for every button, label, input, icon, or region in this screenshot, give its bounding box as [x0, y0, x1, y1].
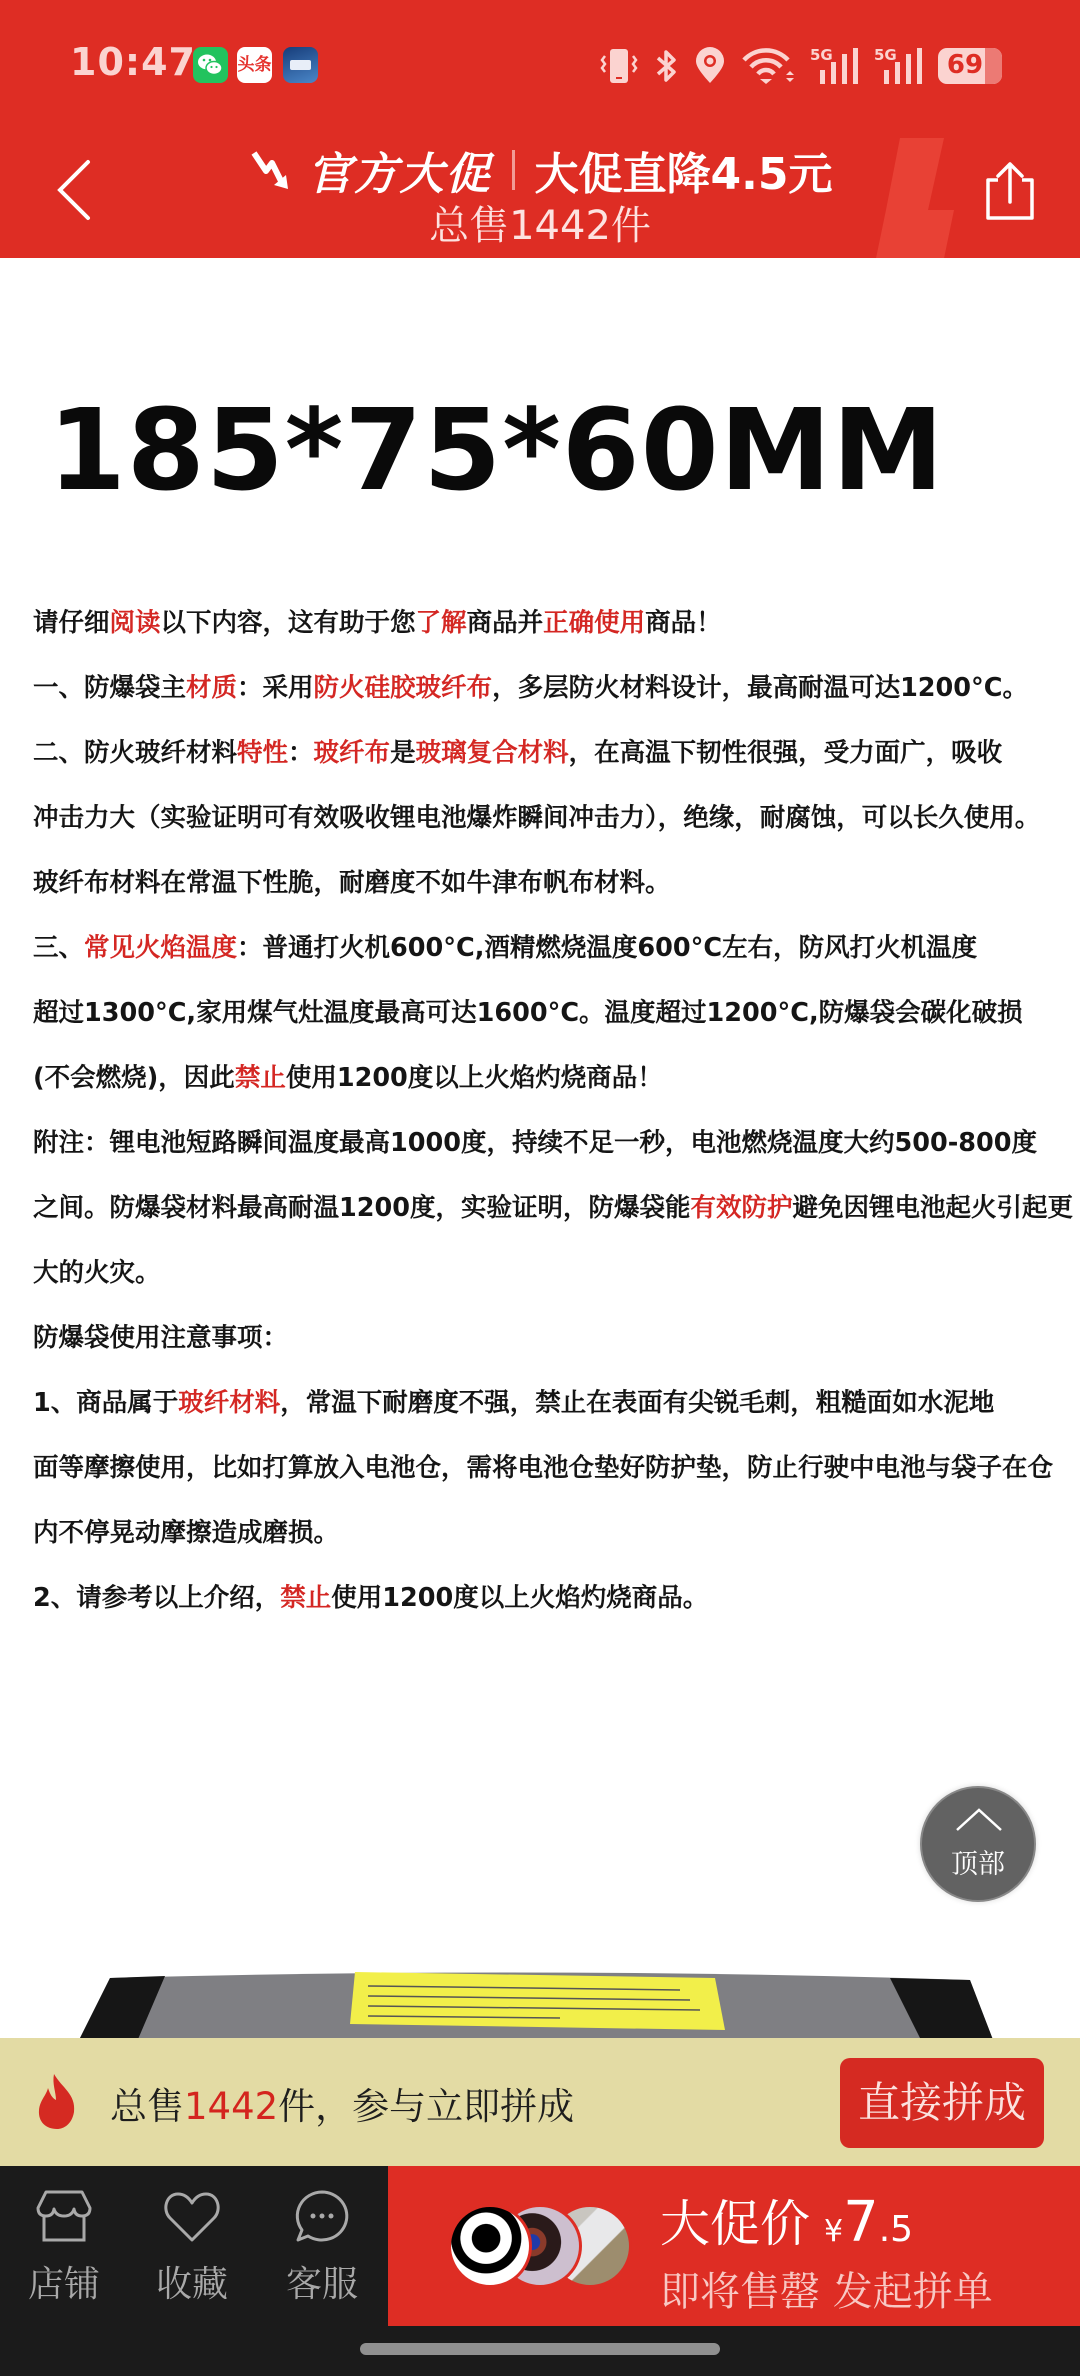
- description-line: 大的火灾。: [33, 1248, 1073, 1313]
- signal-5g-icon: 5G: [810, 46, 858, 86]
- buyer-avatars: [448, 2204, 628, 2288]
- text-segment: ，在高温下韧性很强，受力面广，吸收: [569, 738, 1003, 768]
- toutiao-icon: 头条: [237, 47, 272, 83]
- highlighted-text: 特性: [237, 738, 288, 768]
- description-line: 1、商品属于玻纤材料，常温下耐磨度不强，禁止在表面有尖锐毛刺，粗糙面如水泥地: [33, 1378, 1073, 1443]
- description-line: 三、常见火焰温度：普通打火机600°C,酒精燃烧温度600°C左右，防风打火机温…: [33, 923, 1073, 988]
- highlighted-text: 防火硅胶玻纤布: [314, 673, 493, 703]
- total-sold: 总售1442件: [0, 194, 1080, 251]
- price-integer: 7: [843, 2190, 879, 2255]
- price-decimal: .5: [879, 2209, 913, 2250]
- group-buy-suffix: 件，参与立即拼成: [278, 2085, 574, 2128]
- signal-5g-icon: 5G: [874, 46, 922, 86]
- highlighted-text: 正确使用: [543, 608, 645, 638]
- description-line: 内不停晃动摩擦造成磨损。: [33, 1508, 1073, 1573]
- avatar: [448, 2204, 532, 2288]
- bluetooth-icon: [654, 46, 678, 86]
- system-status-icons: 5G 5G 69: [600, 46, 1002, 86]
- group-buy-bar: 总售1442件，参与立即拼成 直接拼成: [0, 2038, 1080, 2166]
- text-segment: 玻纤布材料在常温下性脆，耐磨度不如牛津布帆布材料。: [33, 868, 671, 898]
- store-icon: [34, 2188, 94, 2244]
- currency-symbol: ¥: [824, 2214, 843, 2249]
- svg-text:5G: 5G: [874, 46, 897, 64]
- group-buy-text: 总售1442件，参与立即拼成: [110, 2076, 574, 2130]
- highlighted-text: 了解: [416, 608, 467, 638]
- flame-icon: [36, 2072, 78, 2130]
- product-description: 185*75*60MM 请仔细阅读以下内容，这有助于您了解商品并正确使用商品！一…: [0, 258, 1080, 2038]
- highlighted-text: 阅读: [110, 608, 161, 638]
- heart-icon: [162, 2188, 222, 2244]
- highlighted-text: 禁止: [280, 1583, 331, 1613]
- text-segment: ：: [288, 738, 314, 768]
- text-segment: 冲击力大（实验证明可有效吸收锂电池爆炸瞬间冲击力），绝缘，耐腐蚀，可以长久使用。: [33, 803, 1040, 833]
- text-segment: ，多层防火材料设计，最高耐温可达1200°C。: [492, 673, 1028, 703]
- promo-price: 大促价¥7.5: [660, 2184, 913, 2256]
- product-detail-screen: 10:47 头条 5G 5G 69 官方大促 大促直降4.5元: [0, 0, 1080, 2376]
- join-group-button[interactable]: 直接拼成: [840, 2058, 1044, 2148]
- nav-store-label: 店铺: [4, 2256, 124, 2307]
- text-segment: 附注：锂电池短路瞬间温度最高1000度，持续不足一秒，电池燃烧温度大约500-8…: [33, 1128, 1037, 1158]
- promo-tag: 官方大促: [308, 138, 492, 202]
- product-dimensions: 185*75*60MM: [48, 386, 945, 516]
- text-segment: 超过1300°C,家用煤气灶温度最高可达1600°C。温度超过1200°C,防爆…: [33, 998, 1023, 1028]
- highlighted-text: 玻纤布: [314, 738, 391, 768]
- text-segment: 避免因锂电池起火引起更: [793, 1193, 1074, 1223]
- text-segment: 使用1200度以上火焰灼烧商品。: [331, 1583, 708, 1613]
- text-segment: 大的火灾。: [33, 1258, 161, 1288]
- text-segment: 三、: [33, 933, 84, 963]
- page-header: 官方大促 大促直降4.5元 总售1442件: [0, 128, 1080, 258]
- promo-banner: 官方大促 大促直降4.5元: [0, 138, 1080, 202]
- description-line: (不会燃烧)，因此禁止使用1200度以上火焰灼烧商品！: [33, 1053, 1073, 1118]
- back-to-top-label: 顶部: [922, 1842, 1034, 1881]
- start-group-label: 发起拼单: [833, 2269, 993, 2315]
- svg-text:5G: 5G: [810, 46, 833, 64]
- wechat-icon: [193, 47, 228, 83]
- text-segment: 以下内容，这有助于您: [161, 608, 416, 638]
- highlighted-text: 玻纤材料: [178, 1388, 280, 1418]
- nav-favorite-label: 收藏: [132, 2256, 252, 2307]
- highlighted-text: 禁止: [235, 1063, 286, 1093]
- bottom-action-bar: 店铺 收藏 客服 大促价¥7.5 即将售罄 发起拼单: [0, 2166, 1080, 2376]
- price-drop-arrow-icon: [248, 145, 296, 195]
- description-line: 二、防火玻纤材料特性：玻纤布是玻璃复合材料，在高温下韧性很强，受力面广，吸收: [33, 728, 1073, 793]
- card-app-icon: [283, 47, 318, 83]
- product-image: [0, 1958, 1080, 2038]
- start-group-order-button[interactable]: 大促价¥7.5 即将售罄 发起拼单: [388, 2166, 1080, 2326]
- nav-store[interactable]: 店铺: [4, 2188, 124, 2328]
- sell-out-soon: 即将售罄: [660, 2269, 820, 2315]
- text-segment: 二、防火玻纤材料: [33, 738, 237, 768]
- highlighted-text: 材质: [186, 673, 237, 703]
- group-buy-prefix: 总售: [110, 2085, 184, 2128]
- divider: [512, 150, 515, 190]
- description-line: 请仔细阅读以下内容，这有助于您了解商品并正确使用商品！: [33, 598, 1073, 663]
- status-bar: 10:47 头条 5G 5G 69: [0, 0, 1080, 128]
- description-text: 请仔细阅读以下内容，这有助于您了解商品并正确使用商品！一、防爆袋主材质：采用防火…: [33, 598, 1073, 1638]
- wifi-icon: [742, 46, 794, 86]
- description-line: 防爆袋使用注意事项：: [33, 1313, 1073, 1378]
- sold-count: 1442: [184, 2085, 278, 2128]
- text-segment: 一、防爆袋主: [33, 673, 186, 703]
- description-line: 超过1300°C,家用煤气灶温度最高可达1600°C。温度超过1200°C,防爆…: [33, 988, 1073, 1053]
- text-segment: ：普通打火机600°C,酒精燃烧温度600°C左右，防风打火机温度: [237, 933, 977, 963]
- back-to-top-button[interactable]: 顶部: [920, 1786, 1036, 1902]
- buy-subtitle: 即将售罄 发起拼单: [660, 2260, 993, 2317]
- status-time: 10:47: [70, 40, 196, 84]
- text-segment: 之间。防爆袋材料最高耐温1200度，实验证明，防爆袋能: [33, 1193, 690, 1223]
- nav-favorite[interactable]: 收藏: [132, 2188, 252, 2328]
- text-segment: 1、商品属于: [33, 1388, 178, 1418]
- nav-customer-service-label: 客服: [262, 2256, 382, 2307]
- text-segment: ：采用: [237, 673, 314, 703]
- text-segment: 请仔细: [33, 608, 110, 638]
- text-segment: 商品！: [645, 608, 722, 638]
- highlighted-text: 玻璃复合材料: [416, 738, 569, 768]
- description-line: 冲击力大（实验证明可有效吸收锂电池爆炸瞬间冲击力），绝缘，耐腐蚀，可以长久使用。: [33, 793, 1073, 858]
- chat-icon: [292, 2188, 352, 2244]
- battery-level: 69: [938, 50, 992, 80]
- description-line: 玻纤布材料在常温下性脆，耐磨度不如牛津布帆布材料。: [33, 858, 1073, 923]
- text-segment: 商品并: [467, 608, 544, 638]
- text-segment: 内不停晃动摩擦造成磨损。: [33, 1518, 339, 1548]
- share-icon[interactable]: [980, 158, 1040, 228]
- description-line: 2、请参考以上介绍，禁止使用1200度以上火焰灼烧商品。: [33, 1573, 1073, 1638]
- nav-customer-service[interactable]: 客服: [262, 2188, 382, 2328]
- text-segment: 是: [390, 738, 416, 768]
- battery-icon: 69: [938, 48, 1002, 84]
- promo-text: 大促直降4.5元: [535, 138, 833, 202]
- text-segment: ，常温下耐磨度不强，禁止在表面有尖锐毛刺，粗糙面如水泥地: [280, 1388, 994, 1418]
- vibrate-icon: [600, 46, 638, 86]
- highlighted-text: 常见火焰温度: [84, 933, 237, 963]
- text-segment: 使用1200度以上火焰灼烧商品！: [286, 1063, 663, 1093]
- price-label: 大促价: [660, 2195, 810, 2253]
- text-segment: (不会燃烧)，因此: [33, 1063, 235, 1093]
- text-segment: 防爆袋使用注意事项：: [33, 1323, 288, 1353]
- location-icon: [694, 46, 726, 86]
- chevron-up-icon: [955, 1806, 1003, 1832]
- description-line: 之间。防爆袋材料最高耐温1200度，实验证明，防爆袋能有效防护避免因锂电池起火引…: [33, 1183, 1073, 1248]
- highlighted-text: 有效防护: [690, 1193, 792, 1223]
- description-line: 面等摩擦使用，比如打算放入电池仓，需将电池仓垫好防护垫，防止行驶中电池与袋子在仓: [33, 1443, 1073, 1508]
- description-line: 一、防爆袋主材质：采用防火硅胶玻纤布，多层防火材料设计，最高耐温可达1200°C…: [33, 663, 1073, 728]
- text-segment: 2、请参考以上介绍，: [33, 1583, 280, 1613]
- description-line: 附注：锂电池短路瞬间温度最高1000度，持续不足一秒，电池燃烧温度大约500-8…: [33, 1118, 1073, 1183]
- text-segment: 面等摩擦使用，比如打算放入电池仓，需将电池仓垫好防护垫，防止行驶中电池与袋子在仓: [33, 1453, 1053, 1483]
- home-indicator[interactable]: [360, 2343, 720, 2355]
